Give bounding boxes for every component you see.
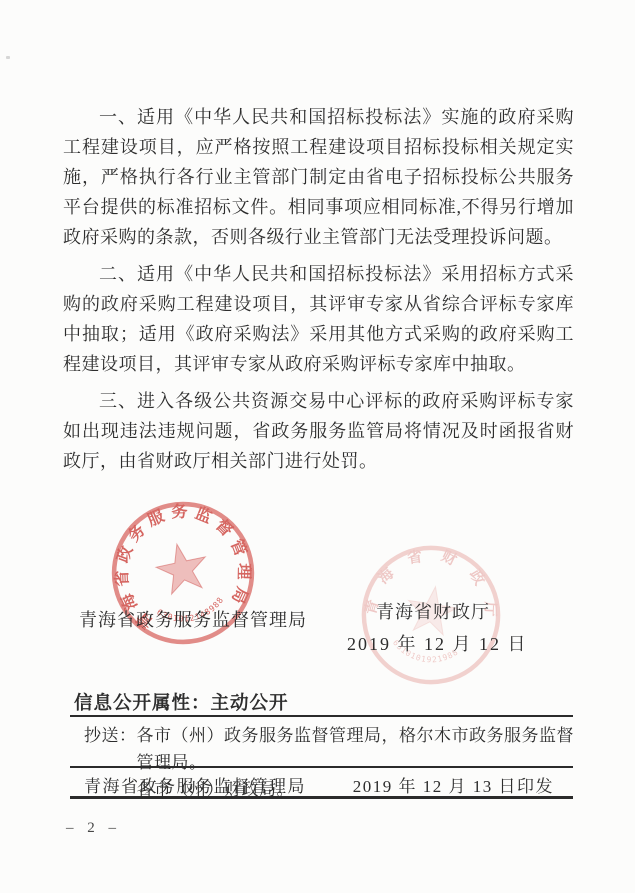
left-signature-agency: 青海省政务服务监督管理局 — [79, 606, 307, 632]
document-page: 一、适用《中华人民共和国招标投标法》实施的政府采购工程建设项目，应严格按照工程建… — [0, 0, 635, 893]
right-signature-date: 2019 年 12 月 12 日 — [347, 630, 528, 656]
star-icon — [152, 539, 211, 596]
divider-rule-bottom — [70, 796, 573, 799]
paragraph-2: 二、适用《中华人民共和国招标投标法》采用招标方式采购的政府采购工程建设项目，其评… — [63, 259, 574, 379]
print-date: 2019 年 12 月 13 日印发 — [353, 772, 554, 797]
paragraph-1: 一、适用《中华人民共和国招标投标法》实施的政府采购工程建设项目，应严格按照工程建… — [63, 102, 574, 252]
paragraph-3: 三、进入各级公共资源交易中心评标的政府采购评标专家如出现违法违规问题，省政务服务… — [63, 386, 574, 476]
page-number: – 2 – — [66, 820, 121, 837]
disclosure-attribute: 信息公开属性：主动公开 — [74, 689, 289, 715]
document-body: 一、适用《中华人民共和国招标投标法》实施的政府采购工程建设项目，应严格按照工程建… — [63, 102, 574, 483]
right-signature-agency: 青海省财政厅 — [376, 598, 490, 624]
official-seal-supervision-bureau: 青海省政务服务监督管理局 6301012148988 — [93, 483, 273, 663]
scan-artifact-speck — [6, 56, 10, 59]
divider-rule-top — [70, 715, 573, 717]
divider-rule-middle — [70, 766, 573, 768]
issuing-agency: 青海省政务服务监督管理局 — [84, 772, 306, 797]
imprint-row: 青海省政务服务监督管理局 2019 年 12 月 13 日印发 — [84, 772, 554, 797]
